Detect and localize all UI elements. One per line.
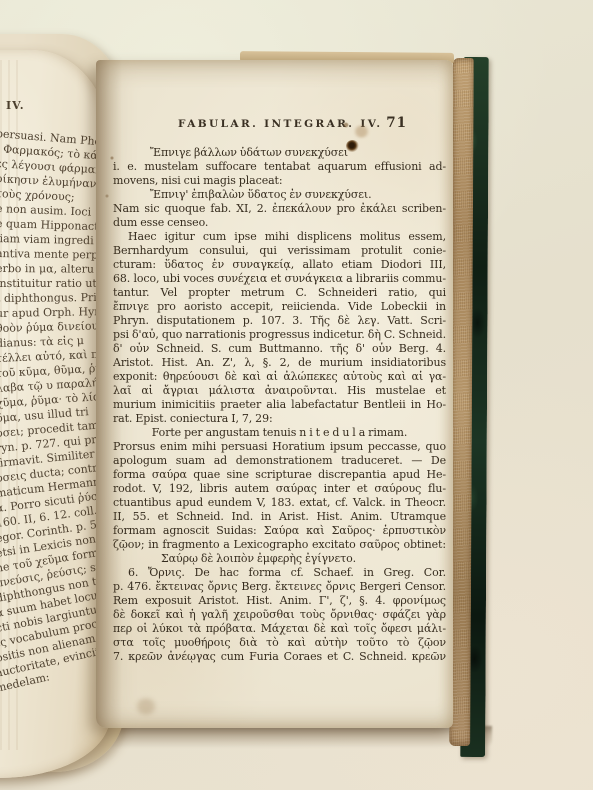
text-line: Nam sic quoque fab. XI, 2. ἐπεκάλουν pro… [113, 202, 446, 216]
text-line: formam agnoscit Suidas: Σαύρα καὶ Σαῦρος… [113, 524, 446, 538]
text-line: p. 476. ἔκτεινας ὄρνις Berg. ἔκτεινες ὄρ… [113, 580, 446, 594]
text-line: Σαύρῳ δὲ λοιπὸν ἐμφερὴς ἐγίγνετο. [113, 552, 446, 566]
text-line: περ οἱ λύκοι τὰ πρόβατα. Μάχεται δὲ καὶ … [113, 622, 446, 636]
text-line: 68. loco, ubi voces συνέχεια et συνάγκει… [113, 272, 446, 286]
text-line: Bernhardyum consului, qui verissimam pro… [113, 244, 446, 258]
left-text-fragment: instituitur ratio ut [0, 276, 106, 291]
book-bottom-shadow [100, 726, 492, 748]
left-page-text: persuasi. Nam Pho: Φαρμακός; τὸ κάθες λέ… [0, 126, 106, 696]
text-line: movens, nisi cui magis placeat: [113, 174, 446, 188]
text-line: ζῷον; in fragmento a Lexicographo excita… [113, 538, 446, 552]
text-line: 7. κρεῶν ἀνέῳγας cum Furia Coraes et C. … [113, 650, 446, 664]
text-line: 6. Ὄρνις. De hac forma cf. Schaef. in Gr… [113, 566, 446, 580]
left-text-fragment: erbo in μα, alteru [0, 261, 106, 277]
text-line: forma σαύρα quae sine scripturae discrep… [113, 468, 446, 482]
text-line: apologum suam ad demonstrationem traduce… [113, 454, 446, 468]
text-line: Haec igitur cum ipse mihi displicens mol… [113, 230, 446, 244]
text-line: murium inimicitiis praeter alia labefact… [113, 398, 446, 412]
stain-blot [134, 698, 158, 715]
text-line: cturam: ὕδατος ἐν συναγκείᾳ, allato etia… [113, 258, 446, 272]
text-line: δὲ δοκεῖ καὶ ἡ γαλῆ χειροῦσθαι τοὺς ὄρνι… [113, 608, 446, 622]
left-page-header: IV. [6, 99, 25, 112]
text-line: Ἔπνιγε βάλλων ὑδάτων συνεκχύσει [113, 146, 446, 160]
right-page: FABULAR. INTEGRAR. IV. 71 Ἔπνιγε βάλλων … [96, 60, 453, 728]
text-line: στα τοῖς μυοθήροις διὰ τὸ καὶ αὐτὴν τοῦτ… [113, 636, 446, 650]
book-photo: IV. persuasi. Nam Pho: Φαρμακός; τὸ κάθε… [0, 0, 593, 790]
text-line: Forte per angustam tenuis n i t e d u l … [113, 426, 446, 440]
text-line: Aristot. Hist. An. Z', λ, §. 2, de muriu… [113, 356, 446, 370]
left-text-fragment: antiva mente perpe [0, 246, 106, 263]
text-line: i. e. mustelam suffocare tentabat aquaru… [113, 160, 446, 174]
page-number: 71 [386, 115, 407, 131]
text-line: ἔπνιγε pro aoristo accepit, reiicienda. … [113, 300, 446, 314]
text-line: dum esse censeo. [113, 216, 446, 230]
text-line: Phryn. disputationem p. 107. 3. Τῆς δὲ λ… [113, 314, 446, 328]
text-line: Ἔπνιγ' ἐπιβαλὼν ὕδατος ἐν συνεκχύσει. [113, 188, 446, 202]
text-line: II, 55. et Schneid. Ind. in Arist. Hist.… [113, 510, 446, 524]
text-line: rat. Epist. coniectura I, 7, 29: [113, 412, 446, 426]
running-title: FABULAR. INTEGRAR. IV. [178, 118, 382, 130]
text-line: Rem exposuit Aristot. Hist. Anim. Γ', ζ'… [113, 594, 446, 608]
running-head: FABULAR. INTEGRAR. IV. 71 [96, 118, 453, 134]
text-line: λαῖ αἱ ἄγριαι μάλιστα ἀναιροῦνται. His m… [113, 384, 446, 398]
text-line: δ' οὖν Schneid. S. cum Buttmanno. τῆς δ'… [113, 342, 446, 356]
text-line: Prorsus enim mihi persuasi Horatium ipsu… [113, 440, 446, 454]
text-line: psi δ'αὖ, quo narrationis progressus ind… [113, 328, 446, 342]
text-line: exponit: θηρεύουσι δὲ καὶ αἱ ἀλώπεκες αὐ… [113, 370, 446, 384]
text-line: tantur. Vel propter metrum C. Schneideri… [113, 286, 446, 300]
stain-dot [105, 194, 109, 198]
page-text-block: Ἔπνιγε βάλλων ὑδάτων συνεκχύσειi. e. mus… [113, 146, 446, 664]
text-line: rodot. V, 192, libris autem σαύρας inter… [113, 482, 446, 496]
text-line: ctuantibus apud eundem V, 183. extat, cf… [113, 496, 446, 510]
